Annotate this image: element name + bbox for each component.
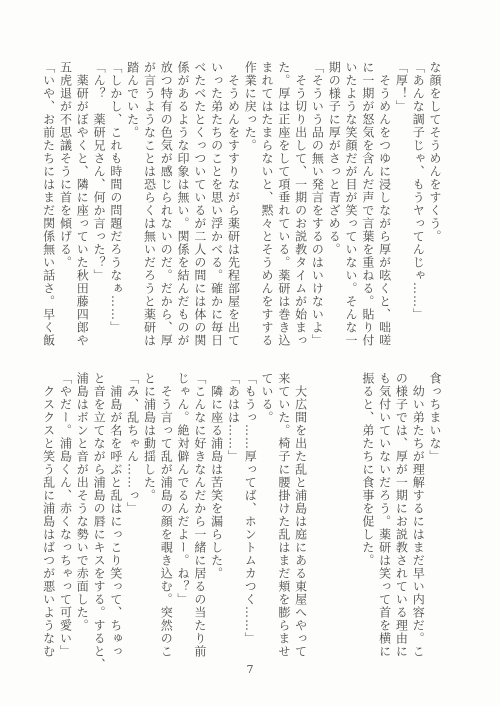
- text-column: 来ていた。椅子に腰掛けた乱はまだ頬を膨らませ: [275, 372, 292, 678]
- text-column: 「み、乱ちゃん……っ」: [124, 372, 141, 678]
- text-column: 薬研がぼやくと、隣に座っていた秋田藤四郎や: [73, 61, 90, 355]
- text-column: 放つ特有の色気が感じられないのだ。だから、厚: [157, 61, 174, 355]
- text-column: と音を立てながら浦島の唇にキスをする。すると、: [90, 372, 107, 678]
- text-column: 「ん？ 薬研兄さん、何か言った？」: [90, 61, 107, 355]
- text-column: ている。: [258, 372, 275, 678]
- text-column: 「やだー。浦島くん、赤くなっちゃって可愛い」: [57, 372, 74, 678]
- text-column: の様子では、厚が一期にお説教されている理由に: [393, 372, 410, 678]
- text-column: た。厚は正座をして項垂れている。薬研は巻き込: [275, 61, 292, 355]
- text-column: 係があるような印象は無い。関係を結んだものが: [174, 61, 191, 355]
- text-column: いった弟たちのことを思い浮かべる。確かに毎日: [208, 61, 225, 355]
- text-column: 「あはは……」: [225, 372, 242, 678]
- text-column: 浦島が名を呼ぶと乱はにっこり笑って、ちゅっ: [107, 372, 124, 678]
- page-number: 7: [0, 663, 500, 676]
- text-column: 隣に座る浦島は苦笑を漏らした。: [208, 372, 225, 678]
- text-band-top: な顔をしてそうめんをすくう。「あんな調子じゃ、もうヤってんじゃ……」「厚！」 そ…: [39, 61, 443, 355]
- text-column: 五虎退が不思議そうに首を傾げる。: [57, 61, 74, 355]
- text-column: 期の様子に厚がさっと青ざめる。: [325, 61, 342, 355]
- text-column: 作業に戻った。: [241, 61, 258, 355]
- text-column: そうめんをすすりながら薬研は先程部屋を出て: [225, 61, 242, 355]
- text-column: 大広間を出た乱と浦島は庭にある東屋へやって: [292, 372, 309, 678]
- text-column: が言うようなことは恐らくは無いだろうと薬研は: [141, 61, 158, 355]
- text-column: そう切り出して、一期のお説教タイムが始まっ: [292, 61, 309, 355]
- text-column: 「厚！」: [393, 61, 410, 355]
- text-column: 「もうっ……厚ってば、ホントムカつく……」: [241, 372, 258, 678]
- text-column: クスクスと笑う乱に浦島はばつが悪いようなむ: [40, 372, 57, 678]
- text-column: 食っちまいな」: [426, 372, 443, 678]
- text-band-bottom: 食っちまいな」 幼い弟たちが理解するにはまだ早い内容だ。この様子では、厚が一期に…: [39, 372, 443, 678]
- text-column: 「しかし、これも時間の問題だろうなぁ……」: [107, 61, 124, 355]
- text-column: 踏んでいた。: [124, 61, 141, 355]
- text-column: に一期が怒気を含んだ声で言葉を重ねる。貼り付: [359, 61, 376, 355]
- text-column: 振ると、弟たちに食事を促した。: [359, 372, 376, 678]
- text-column: 「あんな調子じゃ、もうヤってんじゃ……」: [409, 61, 426, 355]
- text-column: べたべたとくっついているが二人の間には体の関: [191, 61, 208, 355]
- text-column: [309, 372, 326, 678]
- text-column: いたような笑顔だが目が笑っていない。そんな一: [342, 61, 359, 355]
- text-column: そうめんをつゆに浸しながら厚が呟くと、咄嗟: [376, 61, 393, 355]
- text-column: 幼い弟たちが理解するにはまだ早い内容だ。こ: [409, 372, 426, 678]
- text-column: 浦島はボンと音が出そうな勢いで赤面した。: [73, 372, 90, 678]
- text-column: まれてはたまらないと、黙々とそうめんをすする: [258, 61, 275, 355]
- text-column: な顔をしてそうめんをすくう。: [426, 61, 443, 355]
- text-column: [325, 372, 342, 678]
- text-column: 「こんなに好きなんだから一緒に居るの当たり前: [191, 372, 208, 678]
- book-page: な顔をしてそうめんをすくう。「あんな調子じゃ、もうヤってんじゃ……」「厚！」 そ…: [0, 0, 500, 706]
- text-column: じゃん。絶対僻んでるんだよー。ね？」: [174, 372, 191, 678]
- text-column: 「いや、お前たちにはまだ関係無い話さ。早く飯: [40, 61, 57, 355]
- text-column: そう言って乱が浦島の顔を覗き込む。突然のこ: [157, 372, 174, 678]
- text-column: [342, 372, 359, 678]
- text-column: も気付いていないだろう。薬研は笑って首を横に: [376, 372, 393, 678]
- text-column: とに浦島は動揺した。: [141, 372, 158, 678]
- text-column: 「そういう品の無い発言をするのはいけないよ」: [309, 61, 326, 355]
